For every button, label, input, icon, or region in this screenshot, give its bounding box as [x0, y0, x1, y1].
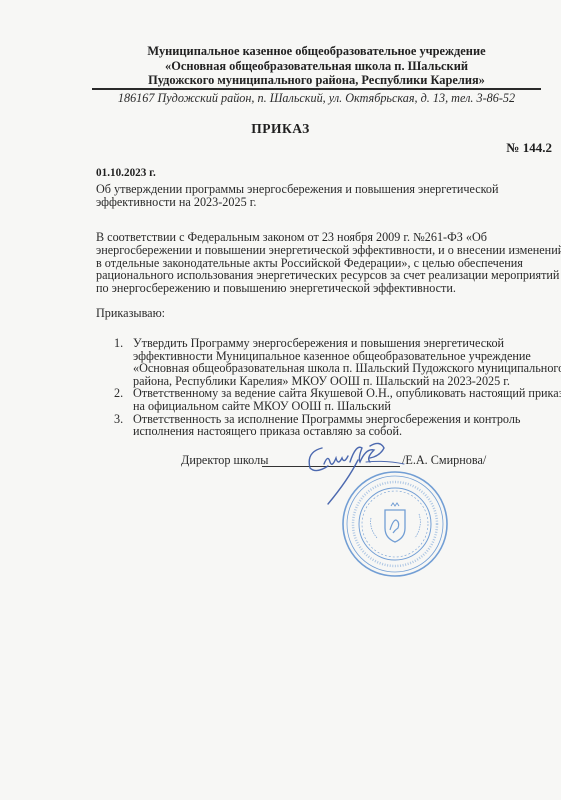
- order-date: 01.10.2023 г.: [96, 167, 156, 179]
- order-items-list: 1. Утвердить Программу энергосбережения …: [114, 337, 561, 438]
- item-line: Утвердить Программу энергосбережения и п…: [133, 337, 561, 350]
- item-line: исполнения настоящего приказа оставляю з…: [133, 425, 561, 438]
- signatory-name: /Е.А. Смирнова/: [402, 453, 486, 468]
- item-number: 1.: [114, 337, 123, 350]
- item-line: «Основная общеобразовательная школа п. Ш…: [133, 362, 561, 375]
- signature-scribble-icon: [300, 438, 410, 508]
- header-divider: [92, 88, 541, 90]
- order-number: № 144.2: [506, 140, 552, 156]
- item-number: 3.: [114, 413, 123, 426]
- preamble-line: В соответствии с Федеральным законом от …: [96, 231, 561, 244]
- item-number: 2.: [114, 387, 123, 400]
- signatory-position: Директор школы: [181, 453, 268, 468]
- organization-address: 186167 Пудожский район, п. Шальский, ул.…: [93, 91, 540, 106]
- org-line: Муниципальное казенное общеобразовательн…: [93, 44, 540, 59]
- item-line: на официальном сайте МКОУ ООШ п. Шальски…: [133, 400, 561, 413]
- order-item: 1. Утвердить Программу энергосбережения …: [114, 337, 561, 387]
- preamble-line: энергосбережении и повышении энергетичес…: [96, 244, 561, 257]
- subject-line: Об утверждении программы энергосбережени…: [96, 183, 499, 196]
- order-subject: Об утверждении программы энергосбережени…: [96, 183, 499, 209]
- document-title: ПРИКАЗ: [0, 121, 561, 137]
- order-item: 3. Ответственность за исполнение Програм…: [114, 413, 561, 438]
- order-word: Приказываю:: [96, 307, 165, 320]
- organization-header: Муниципальное казенное общеобразовательн…: [93, 44, 540, 88]
- preamble: В соответствии с Федеральным законом от …: [96, 231, 561, 295]
- order-item: 2. Ответственному за ведение сайта Якуше…: [114, 387, 561, 412]
- org-line: «Основная общеобразовательная школа п. Ш…: [93, 59, 540, 74]
- org-line: Пудожского муниципального района, Респуб…: [93, 73, 540, 88]
- subject-line: эффективности на 2023-2025 г.: [96, 196, 499, 209]
- preamble-line: по энергосбережению и повышению энергети…: [96, 282, 561, 295]
- document-page: Муниципальное казенное общеобразовательн…: [0, 0, 561, 800]
